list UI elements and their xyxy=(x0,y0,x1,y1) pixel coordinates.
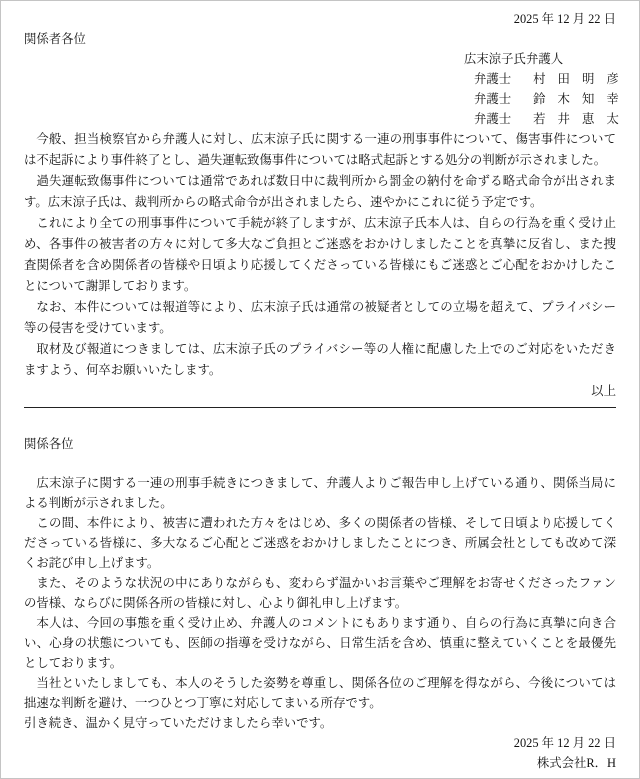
part2-salutation: 関係各位 xyxy=(24,434,616,454)
part1-salutation: 関係者各位 xyxy=(24,29,616,49)
part1-body: 今般、担当検察官から弁護人に対し、広末涼子氏に関する一連の刑事事件について、傷害… xyxy=(24,129,616,381)
section-divider xyxy=(24,407,616,408)
paragraph: また、そのような状況の中にありながらも、変わらず温かいお言葉やご理解をお寄せくだ… xyxy=(24,573,616,613)
paragraph: これにより全ての刑事事件について手続が終了しますが、広末涼子氏本人は、自らの行為… xyxy=(24,213,616,297)
part1-closing: 以上 xyxy=(24,381,616,402)
paragraph: 当社といたしましても、本人のそうした姿勢を尊重し、関係各位のご理解を得ながら、今… xyxy=(24,673,616,713)
lawyer-name: 村田明彦 xyxy=(533,69,631,89)
sender-title: 広末涼子氏弁護人 xyxy=(464,49,616,69)
part1-date: 2025 年 12 月 22 日 xyxy=(24,9,616,29)
lawyer-role: 弁護士 xyxy=(474,109,511,129)
closing-line: 引き続き、温かく見守っていただけましたら幸いです。 xyxy=(24,713,616,733)
sender-block: 広末涼子氏弁護人 弁護士村田明彦 弁護士鈴木知幸 弁護士若井恵太 xyxy=(464,49,616,129)
paragraph: 本人は、今回の事態を重く受け止め、弁護人のコメントにもあります通り、自らの行為に… xyxy=(24,613,616,673)
lawyer-row: 弁護士鈴木知幸 xyxy=(464,89,616,109)
paragraph: 今般、担当検察官から弁護人に対し、広末涼子氏に関する一連の刑事事件について、傷害… xyxy=(24,129,616,171)
lawyer-name: 若井恵太 xyxy=(533,109,631,129)
paragraph: この間、本件により、被害に遭われた方々をはじめ、多くの関係者の皆様、そして日頃よ… xyxy=(24,513,616,573)
press-release-document: 2025 年 12 月 22 日 関係者各位 広末涼子氏弁護人 弁護士村田明彦 … xyxy=(0,0,640,779)
paragraph: なお、本件については報道等により、広末涼子氏は通常の被疑者としての立場を超えて、… xyxy=(24,297,616,339)
lawyer-role: 弁護士 xyxy=(474,89,511,109)
paragraph: 広末涼子に関する一連の刑事手続きにつきまして、弁護人よりご報告申し上げている通り… xyxy=(24,473,616,513)
lawyer-row: 弁護士若井恵太 xyxy=(464,109,616,129)
part2-body: 広末涼子に関する一連の刑事手続きにつきまして、弁護人よりご報告申し上げている通り… xyxy=(24,473,616,733)
lawyer-name: 鈴木知幸 xyxy=(533,89,631,109)
lawyer-role: 弁護士 xyxy=(474,69,511,89)
paragraph: 取材及び報道につきましては、広末涼子氏のプライバシー等の人権に配慮した上でのご対… xyxy=(24,339,616,381)
lawyer-row: 弁護士村田明彦 xyxy=(464,69,616,89)
company-name: 株式会社R．H xyxy=(24,753,616,773)
paragraph: 過失運転致傷事件については通常であれば数日中に裁判所から罰金の納付を命ずる略式命… xyxy=(24,171,616,213)
part2-date: 2025 年 12 月 22 日 xyxy=(24,733,616,753)
